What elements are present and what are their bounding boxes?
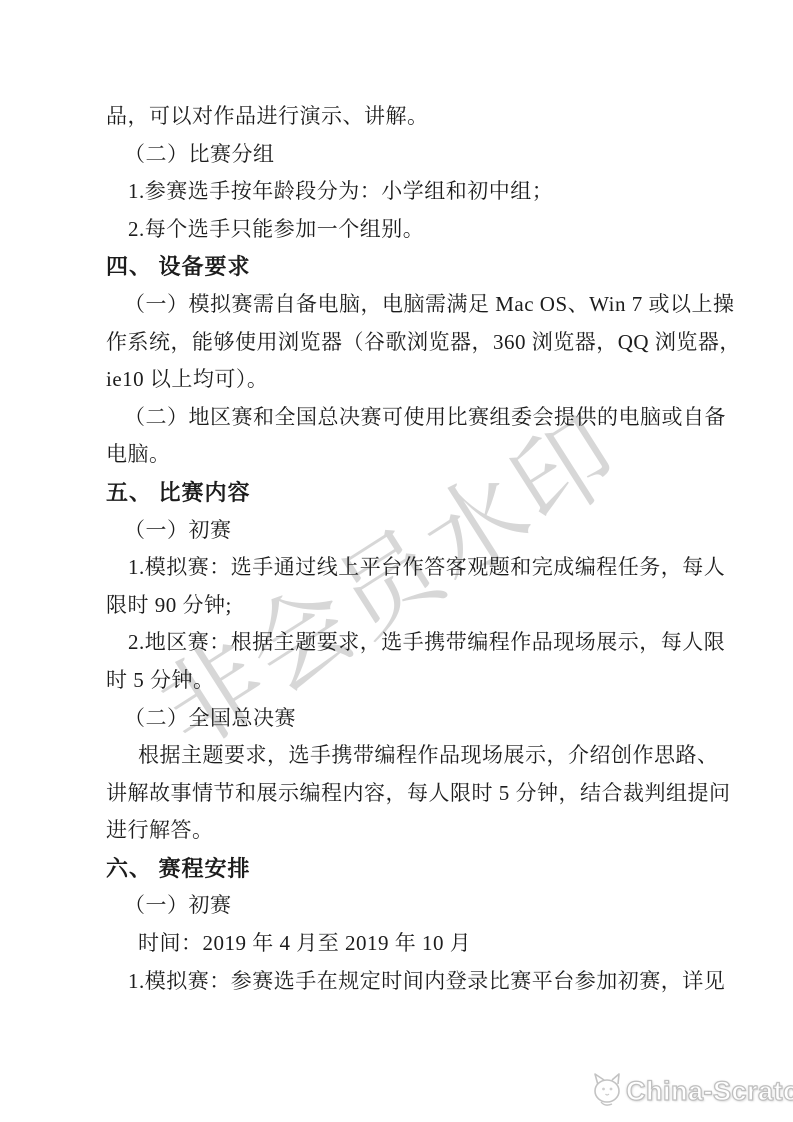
text-line: （一）初赛 bbox=[124, 512, 706, 550]
section-heading: 五、 比赛内容 bbox=[106, 474, 706, 512]
text-line: 根据主题要求，选手携带编程作品现场展示，介绍创作思路、 bbox=[138, 737, 706, 775]
site-logo: China-Scratch bbox=[588, 1066, 788, 1116]
text-line: 电脑。 bbox=[106, 436, 706, 474]
text-line: 进行解答。 bbox=[106, 812, 706, 850]
text-line: 讲解故事情节和展示编程内容，每人限时 5 分钟，结合裁判组提问 bbox=[106, 775, 706, 813]
document-lines: 品，可以对作品进行演示、讲解。（二）比赛分组1.参赛选手按年龄段分为：小学组和初… bbox=[106, 98, 706, 1000]
text-line: 作系统，能够使用浏览器（谷歌浏览器，360 浏览器，QQ 浏览器， bbox=[106, 324, 706, 362]
text-line: 时 5 分钟。 bbox=[106, 662, 706, 700]
section-heading: 六、 赛程安排 bbox=[106, 850, 706, 888]
text-line: 1.模拟赛：参赛选手在规定时间内登录比赛平台参加初赛，详见 bbox=[128, 963, 706, 1001]
text-line: 2.地区赛：根据主题要求，选手携带编程作品现场展示，每人限 bbox=[128, 624, 706, 662]
text-line: 品，可以对作品进行演示、讲解。 bbox=[106, 98, 706, 136]
text-line: （一）初赛 bbox=[124, 887, 706, 925]
site-logo-text: China-Scratch bbox=[626, 1076, 793, 1107]
text-line: 1.参赛选手按年龄段分为：小学组和初中组； bbox=[128, 173, 706, 211]
scratch-cat-icon bbox=[588, 1071, 630, 1111]
text-line: （一）模拟赛需自备电脑，电脑需满足 Mac OS、Win 7 或以上操 bbox=[124, 286, 706, 324]
text-line: （二）地区赛和全国总决赛可使用比赛组委会提供的电脑或自备 bbox=[124, 399, 706, 437]
section-heading: 四、 设备要求 bbox=[106, 248, 706, 286]
text-line: （二）全国总决赛 bbox=[124, 700, 706, 738]
text-line: （二）比赛分组 bbox=[124, 136, 706, 174]
text-line: ie10 以上均可）。 bbox=[106, 361, 706, 399]
text-line: 时间：2019 年 4 月至 2019 年 10 月 bbox=[138, 925, 706, 963]
text-line: 2.每个选手只能参加一个组别。 bbox=[128, 211, 706, 249]
text-line: 限时 90 分钟; bbox=[106, 587, 706, 625]
document-page: 非会员水印 品，可以对作品进行演示、讲解。（二）比赛分组1.参赛选手按年龄段分为… bbox=[0, 0, 793, 1122]
text-line: 1.模拟赛：选手通过线上平台作答客观题和完成编程任务，每人 bbox=[128, 549, 706, 587]
